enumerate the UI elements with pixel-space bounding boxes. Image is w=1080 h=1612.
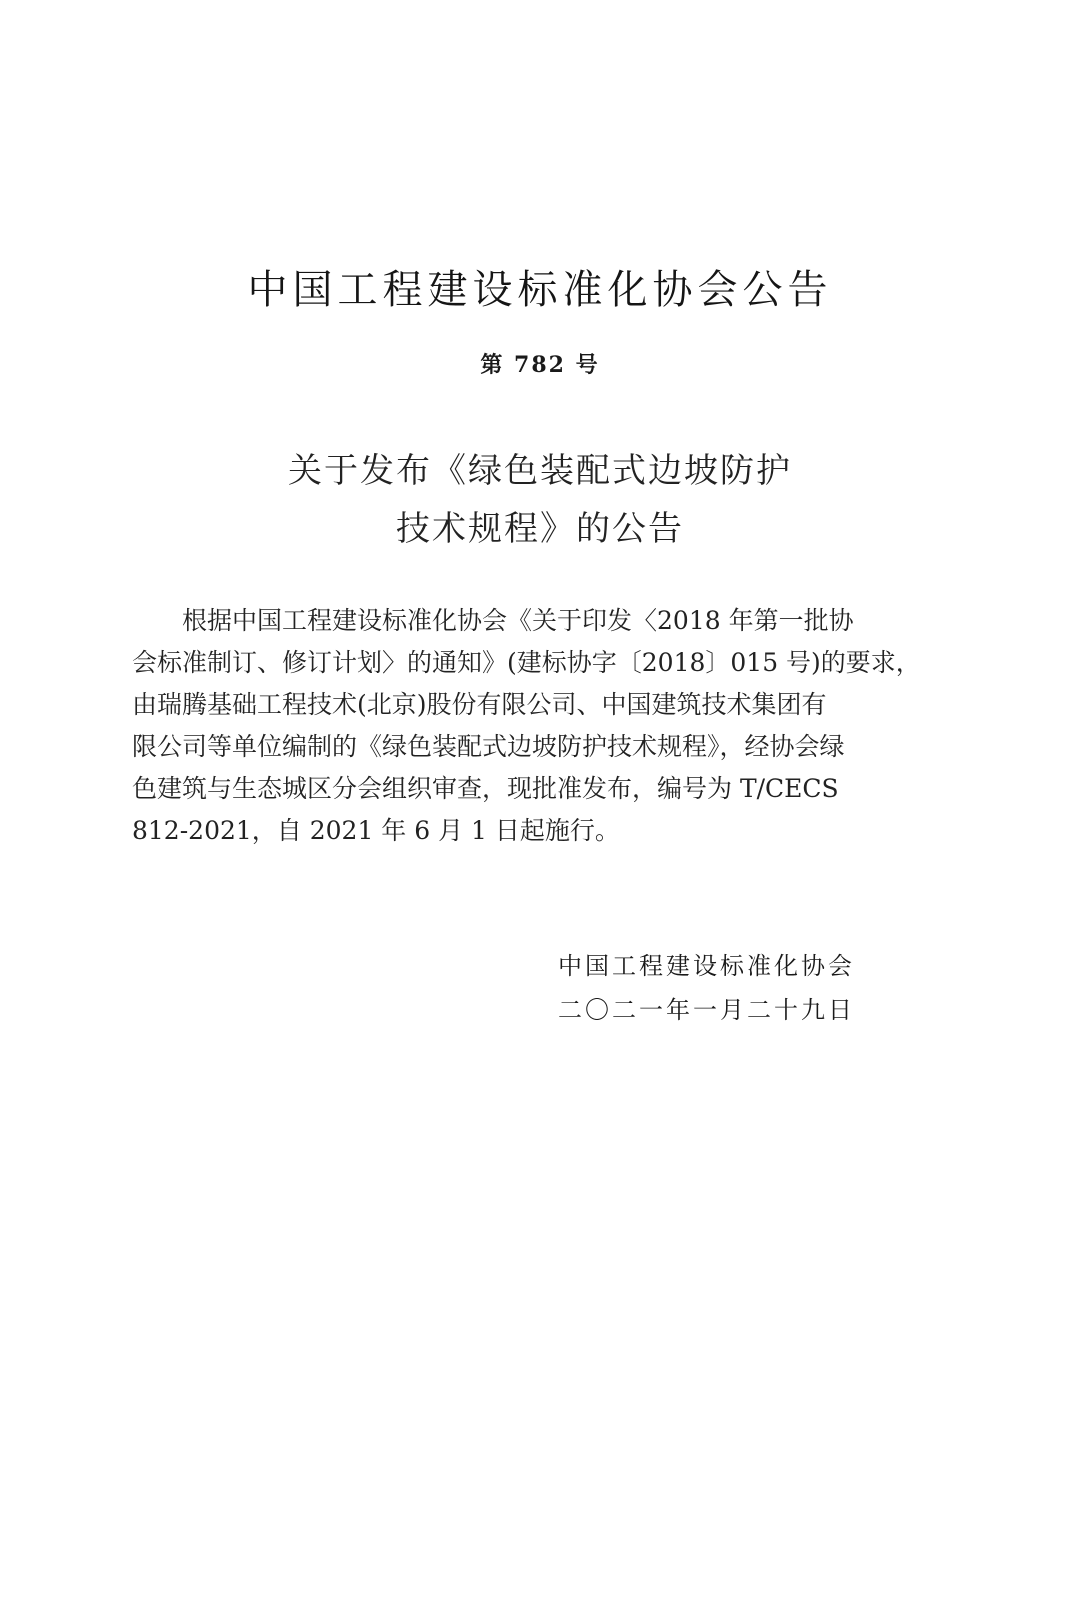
body-line: 限公司等单位编制的《绿色装配式边坡防护技术规程》，经协会绿	[132, 726, 932, 768]
body-line: 由瑞腾基础工程技术(北京)股份有限公司、中国建筑技术集团有	[132, 684, 932, 726]
signature-organization: 中国工程建设标准化协会	[558, 944, 855, 988]
announcement-page: 中国工程建设标准化协会公告 第 782 号 关于发布《绿色装配式边坡防护 技术规…	[0, 0, 1080, 1612]
body-line: 812-2021，自 2021 年 6 月 1 日起施行。	[132, 810, 932, 852]
signature-block: 中国工程建设标准化协会 二〇二一年一月二十九日	[558, 944, 855, 1032]
body-line: 根据中国工程建设标准化协会《关于印发〈2018 年第一批协	[132, 600, 932, 642]
announcement-title: 中国工程建设标准化协会公告	[0, 258, 1080, 315]
announcement-body: 根据中国工程建设标准化协会《关于印发〈2018 年第一批协 会标准制订、修订计划…	[132, 600, 932, 852]
announcement-subject: 关于发布《绿色装配式边坡防护 技术规程》的公告	[0, 442, 1080, 558]
signature-date: 二〇二一年一月二十九日	[558, 988, 855, 1032]
announcement-number: 第 782 号	[0, 348, 1080, 379]
subject-line: 技术规程》的公告	[0, 500, 1080, 558]
body-line: 会标准制订、修订计划〉的通知》(建标协字〔2018〕015 号)的要求，	[132, 642, 932, 684]
subject-line: 关于发布《绿色装配式边坡防护	[0, 442, 1080, 500]
body-line: 色建筑与生态城区分会组织审查，现批准发布，编号为 T/CECS	[132, 768, 932, 810]
